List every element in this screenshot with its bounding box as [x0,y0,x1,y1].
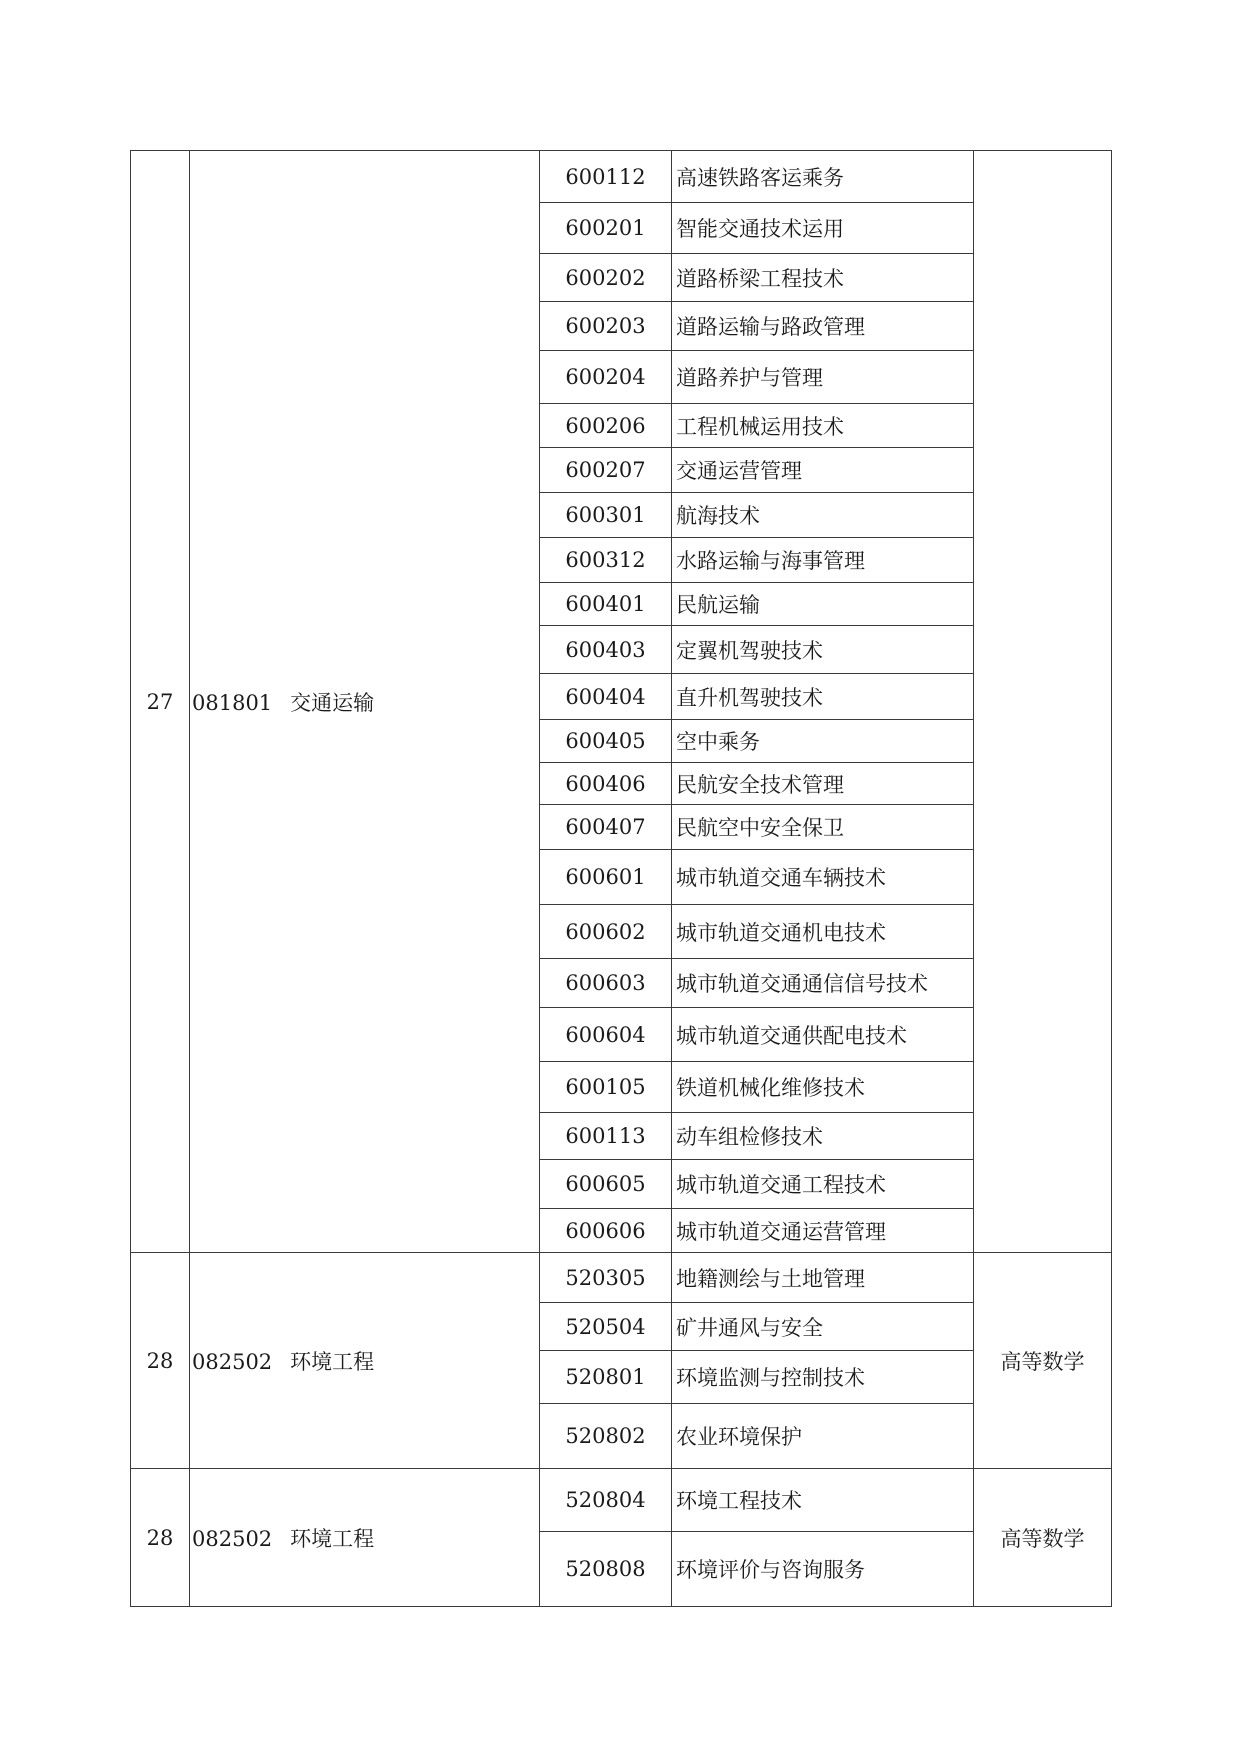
vocational-major-code: 600301 [540,493,672,538]
vocational-major-code: 520504 [540,1303,672,1351]
major-code: 082502 [192,1350,272,1374]
vocational-major-name: 环境评价与咨询服务 [672,1532,974,1607]
vocational-major-code: 600604 [540,1008,672,1062]
vocational-major-code: 600404 [540,674,672,720]
vocational-major-name: 城市轨道交通工程技术 [672,1160,974,1209]
vocational-major-name: 直升机驾驶技术 [672,674,974,720]
undergrad-major-cell: 082502环境工程 [190,1253,540,1469]
vocational-major-name: 农业环境保护 [672,1404,974,1469]
vocational-major-name: 铁道机械化维修技术 [672,1062,974,1113]
vocational-major-name: 动车组检修技术 [672,1113,974,1160]
vocational-major-code: 600606 [540,1209,672,1253]
vocational-major-code: 600407 [540,805,672,850]
vocational-major-code: 600206 [540,404,672,448]
vocational-major-name: 工程机械运用技术 [672,404,974,448]
major-name: 环境工程 [290,1527,374,1551]
vocational-major-name: 城市轨道交通运营管理 [672,1209,974,1253]
vocational-major-code: 600601 [540,850,672,905]
group-number: 28 [131,1253,190,1469]
vocational-major-name: 航海技术 [672,493,974,538]
undergrad-major-cell: 081801交通运输 [190,151,540,1253]
table-row: 28082502环境工程520305地籍测绘与土地管理高等数学 [131,1253,1112,1303]
vocational-major-name: 交通运营管理 [672,448,974,493]
vocational-major-name: 水路运输与海事管理 [672,538,974,583]
vocational-major-code: 600202 [540,254,672,302]
vocational-major-name: 空中乘务 [672,720,974,763]
vocational-major-code: 520801 [540,1351,672,1404]
majors-table: 27081801交通运输600112高速铁路客运乘务600201智能交通技术运用… [130,150,1112,1607]
vocational-major-name: 城市轨道交通供配电技术 [672,1008,974,1062]
table-row: 27081801交通运输600112高速铁路客运乘务 [131,151,1112,203]
major-code: 082502 [192,1527,272,1551]
vocational-major-code: 600201 [540,203,672,254]
group-number: 27 [131,151,190,1253]
vocational-major-code: 600112 [540,151,672,203]
major-code: 081801 [192,691,272,715]
vocational-major-name: 民航运输 [672,583,974,626]
vocational-major-code: 600405 [540,720,672,763]
vocational-major-name: 城市轨道交通机电技术 [672,905,974,959]
vocational-major-code: 600406 [540,763,672,805]
vocational-major-code: 600603 [540,959,672,1008]
vocational-major-name: 道路养护与管理 [672,351,974,404]
vocational-major-code: 600203 [540,302,672,351]
vocational-major-name: 环境工程技术 [672,1469,974,1532]
exam-subject: 高等数学 [974,1469,1112,1607]
major-name: 交通运输 [290,691,374,715]
vocational-major-name: 环境监测与控制技术 [672,1351,974,1404]
vocational-major-code: 520804 [540,1469,672,1532]
group-number: 28 [131,1469,190,1607]
exam-subject: 高等数学 [974,1253,1112,1469]
vocational-major-name: 矿井通风与安全 [672,1303,974,1351]
vocational-major-name: 高速铁路客运乘务 [672,151,974,203]
vocational-major-name: 地籍测绘与土地管理 [672,1253,974,1303]
vocational-major-code: 520808 [540,1532,672,1607]
table-row: 28082502环境工程520804环境工程技术高等数学 [131,1469,1112,1532]
vocational-major-code: 600105 [540,1062,672,1113]
table-body: 27081801交通运输600112高速铁路客运乘务600201智能交通技术运用… [131,151,1112,1607]
vocational-major-code: 600403 [540,626,672,674]
vocational-major-code: 600605 [540,1160,672,1209]
vocational-major-name: 定翼机驾驶技术 [672,626,974,674]
vocational-major-code: 600207 [540,448,672,493]
vocational-major-name: 城市轨道交通通信信号技术 [672,959,974,1008]
exam-subject [974,151,1112,1253]
vocational-major-code: 600312 [540,538,672,583]
vocational-major-code: 600401 [540,583,672,626]
vocational-major-name: 城市轨道交通车辆技术 [672,850,974,905]
vocational-major-code: 520305 [540,1253,672,1303]
vocational-major-name: 智能交通技术运用 [672,203,974,254]
vocational-major-code: 600602 [540,905,672,959]
undergrad-major-cell: 082502环境工程 [190,1469,540,1607]
vocational-major-name: 民航安全技术管理 [672,763,974,805]
vocational-major-code: 520802 [540,1404,672,1469]
major-name: 环境工程 [290,1350,374,1374]
vocational-major-name: 道路运输与路政管理 [672,302,974,351]
vocational-major-name: 民航空中安全保卫 [672,805,974,850]
vocational-major-name: 道路桥梁工程技术 [672,254,974,302]
vocational-major-code: 600113 [540,1113,672,1160]
vocational-major-code: 600204 [540,351,672,404]
